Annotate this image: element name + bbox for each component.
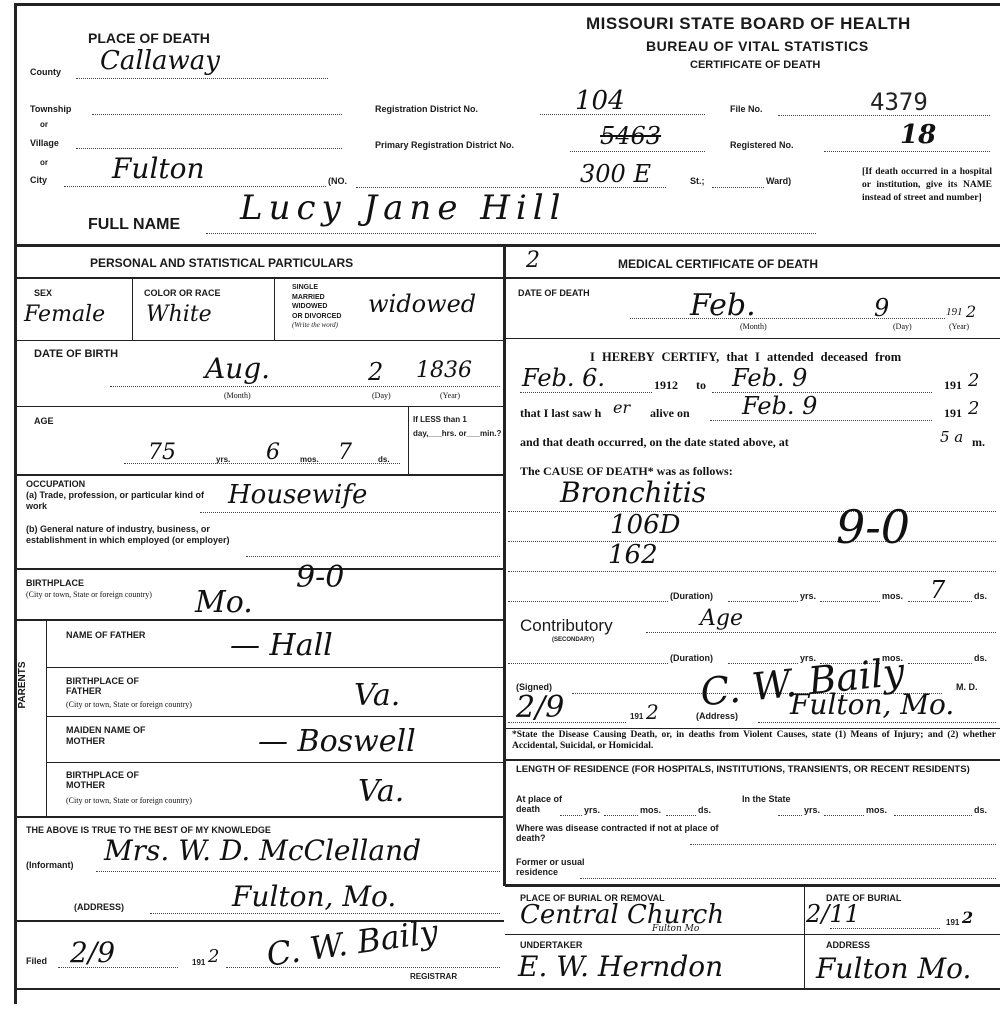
registered-no-field[interactable]: 18 bbox=[900, 120, 936, 150]
dob-day-field[interactable]: 2 bbox=[368, 358, 383, 386]
death-time-field[interactable]: 5 a bbox=[940, 428, 963, 446]
undertaker-address-label: ADDRESS bbox=[826, 940, 870, 950]
informant-address-field[interactable]: Fulton, Mo. bbox=[232, 880, 396, 913]
burial-place-note: Fulton Mo bbox=[652, 924, 699, 934]
age-days-field[interactable]: 7 bbox=[338, 440, 352, 465]
cause-line-1[interactable]: Bronchitis bbox=[560, 476, 706, 509]
contracted-label: Where was disease contracted if not at p… bbox=[516, 823, 736, 843]
city-label: City bbox=[30, 175, 47, 185]
registration-district-field[interactable]: 104 bbox=[575, 86, 625, 116]
file-no-label: File No. bbox=[730, 104, 763, 114]
death-month-field[interactable]: Feb. bbox=[690, 288, 756, 323]
informant-label: (Informant) bbox=[26, 860, 74, 870]
cause-footnote: *State the Disease Causing Death, or, in… bbox=[512, 730, 996, 752]
occupation-label: OCCUPATION bbox=[26, 479, 85, 489]
bureau-title: BUREAU OF VITAL STATISTICS bbox=[646, 38, 869, 54]
county-field[interactable]: Callaway bbox=[100, 46, 220, 76]
primary-registration-field[interactable]: 5463 bbox=[600, 122, 661, 150]
city-field[interactable]: Fulton bbox=[112, 152, 205, 185]
death-day-field[interactable]: 9 bbox=[874, 294, 889, 322]
certify-statement: I HEREBY CERTIFY, that I attended deceas… bbox=[590, 350, 901, 365]
hospital-note: [If death occurred in a hospital or inst… bbox=[862, 166, 992, 205]
burial-year-field[interactable]: 2 bbox=[962, 908, 973, 927]
top-border bbox=[14, 3, 1000, 6]
contributory-label: Contributory bbox=[520, 616, 613, 636]
birthplace-label: BIRTHPLACE bbox=[26, 578, 84, 588]
registration-district-label: Registration District No. bbox=[375, 104, 478, 114]
father-name-label: NAME OF FATHER bbox=[66, 630, 146, 641]
medical-title: MEDICAL CERTIFICATE OF DEATH bbox=[618, 257, 818, 271]
cause-line-3[interactable]: 162 bbox=[608, 540, 658, 570]
full-name-label: FULL NAME bbox=[88, 216, 180, 234]
age-years-field[interactable]: 75 bbox=[148, 440, 176, 465]
pronoun-field[interactable]: er bbox=[613, 398, 630, 417]
registrar-label: REGISTRAR bbox=[410, 972, 457, 981]
marital-status-field[interactable]: widowed bbox=[368, 290, 476, 318]
filed-date-field[interactable]: 2/9 bbox=[70, 936, 115, 969]
mother-maiden-field[interactable]: — Boswell bbox=[258, 724, 416, 759]
date-of-death-label: DATE OF DEATH bbox=[518, 288, 590, 298]
physician-address-field[interactable]: Fulton, Mo. bbox=[790, 688, 954, 721]
father-name-field[interactable]: — Hall bbox=[230, 628, 333, 663]
signed-year-field[interactable]: 2 bbox=[646, 700, 659, 724]
parents-label: PARENTS bbox=[17, 650, 28, 720]
dob-year-field[interactable]: 1836 bbox=[416, 358, 472, 383]
informant-address-label: (ADDRESS) bbox=[74, 902, 124, 912]
father-birthplace-label: BIRTHPLACE OF FATHER bbox=[66, 676, 166, 696]
personal-title: PERSONAL AND STATISTICAL PARTICULARS bbox=[90, 256, 353, 270]
contributory-field[interactable]: Age bbox=[700, 606, 743, 631]
mother-birthplace-field[interactable]: Va. bbox=[358, 774, 404, 809]
village-label: Village bbox=[30, 138, 59, 148]
age-months-field[interactable]: 6 bbox=[266, 440, 280, 465]
board-title: MISSOURI STATE BOARD OF HEALTH bbox=[586, 14, 911, 34]
primary-registration-label: Primary Registration District No. bbox=[375, 140, 514, 150]
color-field[interactable]: White bbox=[146, 302, 212, 327]
filed-year-field[interactable]: 2 bbox=[208, 946, 219, 967]
left-border bbox=[14, 4, 17, 1004]
age-label: AGE bbox=[34, 416, 54, 426]
undertaker-address-field[interactable]: Fulton Mo. bbox=[816, 952, 971, 985]
dob-label: DATE OF BIRTH bbox=[34, 348, 118, 360]
attended-to-field[interactable]: Feb. 9 bbox=[732, 364, 807, 392]
certificate-title: CERTIFICATE OF DEATH bbox=[690, 59, 820, 71]
last-saw-date-field[interactable]: Feb. 9 bbox=[742, 392, 817, 420]
signed-date-field[interactable]: 2/9 bbox=[516, 690, 564, 725]
filed-label: Filed bbox=[26, 956, 47, 966]
former-residence-label: Former or usual residence bbox=[516, 857, 606, 877]
marital-labels: SINGLE MARRIED WIDOWED OR DIVORCED (Writ… bbox=[292, 283, 341, 331]
registered-no-label: Registered No. bbox=[730, 140, 794, 150]
place-of-death-title: PLACE OF DEATH bbox=[88, 30, 210, 46]
undertaker-label: UNDERTAKER bbox=[520, 940, 582, 950]
street-no-field[interactable]: 300 E bbox=[580, 160, 651, 188]
undertaker-field[interactable]: E. W. Herndon bbox=[518, 950, 723, 983]
father-birthplace-field[interactable]: Va. bbox=[354, 678, 400, 713]
medical-mark: 2 bbox=[526, 248, 540, 273]
color-label: COLOR OR RACE bbox=[144, 288, 221, 298]
informant-field[interactable]: Mrs. W. D. McClelland bbox=[104, 834, 421, 867]
county-label: County bbox=[30, 67, 61, 77]
street-no-label: (NO. bbox=[328, 176, 347, 186]
mother-maiden-label: MAIDEN NAME OF MOTHER bbox=[66, 725, 166, 747]
file-no-field[interactable]: 4379 bbox=[870, 88, 928, 116]
occupation-field[interactable]: Housewife bbox=[228, 480, 367, 510]
in-state-label: In the State bbox=[742, 794, 802, 804]
residence-title: LENGTH OF RESIDENCE (FOR HOSPITALS, INST… bbox=[516, 764, 996, 776]
less-than-day-label: If LESS than 1 day,___hrs. or___min.? bbox=[413, 413, 503, 441]
mother-birthplace-label: BIRTHPLACE OF MOTHER bbox=[66, 770, 166, 790]
attended-to-year-field[interactable]: 2 bbox=[968, 370, 979, 391]
duration-days-field[interactable]: 7 bbox=[930, 576, 945, 604]
attended-from-field[interactable]: Feb. 6. bbox=[522, 364, 605, 392]
sex-label: SEX bbox=[34, 288, 52, 298]
birthplace-code: 9-0 bbox=[296, 560, 344, 595]
death-year-field[interactable]: 2 bbox=[966, 302, 976, 321]
dob-month-field[interactable]: Aug. bbox=[205, 352, 270, 385]
occurred-statement: and that death occurred, on the date sta… bbox=[520, 435, 789, 450]
full-name-field[interactable]: Lucy Jane Hill bbox=[240, 188, 567, 228]
cause-code: 9-0 bbox=[836, 500, 910, 554]
township-label: Township bbox=[30, 104, 71, 114]
at-place-label: At place of death bbox=[516, 794, 576, 814]
sex-field[interactable]: Female bbox=[24, 302, 105, 327]
last-saw-year-field[interactable]: 2 bbox=[968, 398, 979, 419]
birthplace-field[interactable]: Mo. bbox=[195, 585, 253, 620]
cause-line-2[interactable]: 106D bbox=[610, 510, 680, 540]
burial-date-field[interactable]: 2/11 bbox=[806, 900, 860, 928]
